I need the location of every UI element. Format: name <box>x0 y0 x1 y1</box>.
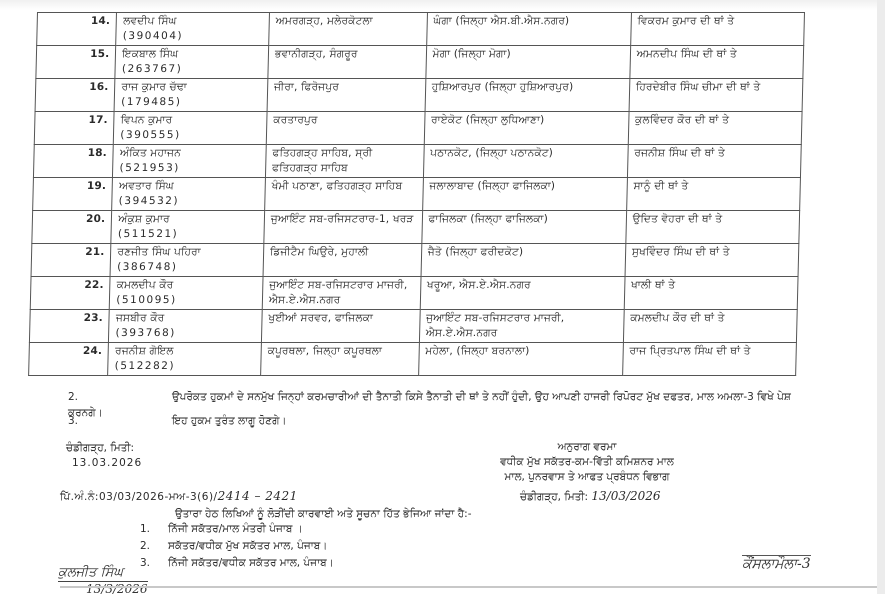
current-posting: ਕਪੂਰਥਲਾ, ਜਿਲ੍ਹਾ ਕਪੂਰਥਲਾ <box>261 343 420 376</box>
vacancy-text: ਕੁਲਵਿੰਦਰ ਕੌਰ ਦੀ ਥਾਂ ਤੇ <box>635 114 729 126</box>
vacancy-against: ਰਜਨੀਸ਼ ਸਿੰਘ ਦੀ ਥਾਂ ਤੇ <box>627 145 801 178</box>
serial-text: 23. <box>84 312 103 324</box>
vacancy-text: ਖਾਲੀ ਥਾਂ ਤੇ <box>631 279 675 291</box>
vacancy-against: ਖਾਲੀ ਥਾਂ ਤੇ <box>624 277 798 310</box>
current-posting: ਜੁਆਇੰਟ ਸਬ-ਰਜਿਸਟਰਾਰ ਮਾਜਰੀ, ਐਸ.ਏ.ਐਸ.ਨਗਰ <box>262 277 421 310</box>
endorsement-date: ਚੰਡੀਗੜ੍ਹ, ਮਿਤੀ: 13/03/2026 <box>520 488 661 505</box>
new-posting-text: ਘੰਗਾ (ਜਿਲ੍ਹਾ ਐਸ.ਬੀ.ਐਸ.ਨਗਰ) <box>433 15 569 27</box>
serial-text: 16. <box>89 81 108 93</box>
employee-cell: ਕਮਲਦੀਪ ਕੌਰ(510095) <box>110 277 263 310</box>
employee-name: ਰਾਜ ਕੁਮਾਰ ਚੱਢਾ <box>121 80 261 95</box>
current-posting: ਭਵਾਨੀਗੜ੍ਹ, ਸੰਗਰੂਰ <box>268 46 427 79</box>
serial-number: 18. <box>33 145 113 178</box>
table-row: 24.ਰਜਨੀਸ਼ ਗੋਇਲ(512282)ਕਪੂਰਥਲਾ, ਜਿਲ੍ਹਾ ਕਪ… <box>29 343 797 376</box>
serial-text: 20. <box>86 213 105 225</box>
employee-id: (390555) <box>120 128 260 143</box>
serial-number: 22. <box>30 277 110 310</box>
employee-id: (510095) <box>116 293 256 308</box>
current-posting-text: ਫਤਿਹਗੜ੍ਹ ਸਾਹਿਬ, ਸ੍ਰੀ ਫਤਿਹਗੜ੍ਹ ਸਾਹਿਬ <box>272 147 373 174</box>
vacancy-text: ਸਾਨੂੰ ਦੀ ਥਾਂ ਤੇ <box>633 180 688 192</box>
current-posting: ਕਰਤਾਰਪੁਰ <box>266 112 425 145</box>
current-posting-text: ਜੁਆਇੰਟ ਸਬ-ਰਜਿਸਟਰਾਰ ਮਾਜਰੀ, ਐਸ.ਏ.ਐਸ.ਨਗਰ <box>269 279 408 306</box>
new-posting-text: ਮੋਗਾ (ਜਿਲ੍ਹਾ ਮੋਗਾ) <box>432 48 511 60</box>
signatory-designation: ਵਧੀਕ ਮੁੱਖ ਸਕੱਤਰ-ਕਮ-ਵਿੱਤੀ ਕਮਿਸ਼ਨਰ ਮਾਲ <box>432 455 742 470</box>
endorsement-ref: ਪਿੱ.ਅੰ.ਨੰ:03/03/2026-ਮਅ-3(6)/2414 – 2421 <box>60 488 298 505</box>
employee-id: (393768) <box>115 326 255 341</box>
recipient-item: 3.ਨਿੱਜੀ ਸਕੱਤਰ/ਵਧੀਕ ਸਕੱਤਰ ਮਾਲ, ਪੰਜਾਬ। <box>140 555 334 572</box>
vacancy-against: ਹਿਰਦੇਬੀਰ ਸਿੰਘ ਚੀਮਾ ਦੀ ਥਾਂ ਤੇ <box>629 79 803 112</box>
vacancy-against: ਸਾਨੂੰ ਦੀ ਥਾਂ ਤੇ <box>626 178 800 211</box>
ref-handwritten: 2414 – 2421 <box>218 489 298 503</box>
vacancy-text: ਸੁਖਵਿੰਦਰ ਸਿੰਘ ਦੀ ਥਾਂ ਤੇ <box>632 246 730 258</box>
current-posting: ਅਮਰਗੜ੍ਹ, ਮਲੇਰਕੋਟਲਾ <box>269 13 428 46</box>
serial-text: 24. <box>83 345 102 357</box>
paragraph-text: ਇਹ ਹੁਕਮ ਤੁਰੰਤ ਲਾਗੂ ਹੋਣਗੇ। <box>172 415 286 427</box>
table-row: 22.ਕਮਲਦੀਪ ਕੌਰ(510095)ਜੁਆਇੰਟ ਸਬ-ਰਜਿਸਟਰਾਰ … <box>30 277 798 310</box>
vacancy-text: ਰਜਨੀਸ਼ ਸਿੰਘ ਦੀ ਥਾਂ ਤੇ <box>634 147 725 159</box>
current-posting-text: ਕਰਤਾਰਪੁਰ <box>273 114 318 126</box>
serial-text: 22. <box>84 279 103 291</box>
employee-id: (512282) <box>115 359 255 374</box>
paragraph-number: 3. <box>68 413 172 429</box>
employee-name: ਵਿਪਨ ਕੁਮਾਰ <box>121 113 261 128</box>
employee-id: (263767) <box>122 62 262 77</box>
new-posting-text: ਹੁਸ਼ਿਆਰਪੁਰ (ਜਿਲ੍ਹਾ ਹੁਸ਼ਿਆਰਪੁਰ) <box>432 81 574 93</box>
new-posting: ਜਲਾਲਾਬਾਦ (ਜਿਲ੍ਹਾ ਫਾਜਿਲਕਾ) <box>422 178 627 211</box>
employee-id: (179485) <box>121 95 261 110</box>
new-posting-text: ਫਾਜਿਲਕਾ (ਜਿਲ੍ਹਾ ਫਾਜਿਲਕਾ) <box>428 213 548 225</box>
serial-text: 15. <box>90 48 109 60</box>
employee-cell: ਰਜਨੀਸ਼ ਗੋਇਲ(512282) <box>108 343 261 376</box>
current-posting-text: ਅਮਰਗੜ੍ਹ, ਮਲੇਰਕੋਟਲਾ <box>276 15 373 27</box>
new-posting: ਹੁਸ਼ਿਆਰਪੁਰ (ਜਿਲ੍ਹਾ ਹੁਸ਼ਿਆਰਪੁਰ) <box>425 79 630 112</box>
paragraph-number: 2. <box>68 389 172 405</box>
employee-name: ਅਵਤਾਰ ਸਿੰਘ <box>119 179 259 194</box>
serial-text: 18. <box>88 147 107 159</box>
employee-id: (521953) <box>119 161 259 176</box>
new-posting: ਪਠਾਨਕੋਟ, (ਜਿਲ੍ਹਾ ਪਠਾਨਕੋਟ) <box>423 145 628 178</box>
table-row: 16.ਰਾਜ ਕੁਮਾਰ ਚੱਢਾ(179485)ਜੀਰਾ, ਫਿਰੋਜਪੁਰਹ… <box>35 79 803 112</box>
serial-text: 21. <box>85 246 104 258</box>
initials-date: 13/3/2026 <box>58 582 148 594</box>
new-posting: ਰਾਏਕੋਟ (ਜਿਲ੍ਹਾ ਲੁਧਿਆਣਾ) <box>424 112 629 145</box>
vacancy-text: ਰਾਜ ਪ੍ਰਿਤਪਾਲ ਸਿੰਘ ਦੀ ਥਾਂ ਤੇ <box>629 345 750 357</box>
vacancy-against: ਉਦਿਤ ਵੋਹਰਾ ਦੀ ਥਾਂ ਤੇ <box>626 211 800 244</box>
serial-text: 17. <box>88 114 107 126</box>
employee-id: (390404) <box>123 29 263 44</box>
vacancy-text: ਅਮਨਦੀਪ ਸਿੰਘ ਦੀ ਥਾਂ ਤੇ <box>637 48 737 60</box>
table-row: 15.ਇਕਬਾਲ ਸਿੰਘ(263767)ਭਵਾਨੀਗੜ੍ਹ, ਸੰਗਰੂਰਮੋ… <box>36 46 804 79</box>
employee-cell: ਜਸਬੀਰ ਕੌਰ(393768) <box>109 310 262 343</box>
vacancy-against: ਰਾਜ ਪ੍ਰਿਤਪਾਲ ਸਿੰਘ ਦੀ ਥਾਂ ਤੇ <box>622 343 796 376</box>
recipient-text: ਨਿੱਜੀ ਸਕੱਤਰ/ਵਧੀਕ ਸਕੱਤਰ ਮਾਲ, ਪੰਜਾਬ। <box>168 557 334 569</box>
current-posting-text: ਖੁਈਆਂ ਸਰਵਰ, ਫਾਜਿਲਕਾ <box>268 312 373 324</box>
serial-text: 19. <box>87 180 106 192</box>
new-posting: ਮਹੇਲਾ, (ਜਿਲ੍ਹਾ ਬਰਨਾਲਾ) <box>418 343 623 376</box>
copy-intro: ਉਤਾਰਾ ਹੇਠ ਲਿਖਿਆਂ ਨੂੰ ਲੋੜੀਂਦੀ ਕਾਰਵਾਈ ਅਤੇ … <box>175 506 472 522</box>
serial-text: 14. <box>91 15 110 27</box>
current-posting: ਖੁਈਆਂ ਸਰਵਰ, ਫਾਜਿਲਕਾ <box>261 310 420 343</box>
vacancy-text: ਵਿਕਰਮ ਕੁਮਾਰ ਦੀ ਥਾਂ ਤੇ <box>637 15 734 27</box>
new-posting: ਮੋਗਾ (ਜਿਲ੍ਹਾ ਮੋਗਾ) <box>426 46 631 79</box>
new-posting-text: ਜੁਆਇੰਟ ਸਬ-ਰਜਿਸਟਰਾਰ ਮਾਜਰੀ, ਐਸ.ਏ.ਐਸ.ਨਗਰ <box>426 312 565 339</box>
transfer-table: 14.ਲਵਦੀਪ ਸਿੰਘ(390404)ਅਮਰਗੜ੍ਹ, ਮਲੇਰਕੋਟਲਾਘ… <box>28 12 805 376</box>
table-row: 20.ਅੰਕੁਸ਼ ਕੁਮਾਰ(511521)ਜੁਆਇੰਟ ਸਬ-ਰਜਿਸਟਰਾ… <box>32 211 800 244</box>
new-posting: ਘੰਗਾ (ਜਿਲ੍ਹਾ ਐਸ.ਬੀ.ਐਸ.ਨਗਰ) <box>426 13 631 46</box>
vacancy-against: ਅਮਨਦੀਪ ਸਿੰਘ ਦੀ ਥਾਂ ਤੇ <box>630 46 804 79</box>
signature-block: ਅਨੁਰਾਗ ਵਰਮਾ ਵਧੀਕ ਮੁੱਖ ਸਕੱਤਰ-ਕਮ-ਵਿੱਤੀ ਕਮਿ… <box>432 440 742 485</box>
employee-name: ਕਮਲਦੀਪ ਕੌਰ <box>117 278 257 293</box>
current-posting: ਫਤਿਹਗੜ੍ਹ ਸਾਹਿਬ, ਸ੍ਰੀ ਫਤਿਹਗੜ੍ਹ ਸਾਹਿਬ <box>265 145 424 178</box>
paragraph-3: 3.ਇਹ ਹੁਕਮ ਤੁਰੰਤ ਲਾਗੂ ਹੋਣਗੇ। <box>68 413 286 429</box>
serial-number: 24. <box>29 343 109 376</box>
serial-number: 17. <box>34 112 114 145</box>
signatory-name: ਅਨੁਰਾਗ ਵਰਮਾ <box>432 440 742 455</box>
recipient-number: 2. <box>140 538 168 555</box>
scan-right-edge <box>877 0 885 594</box>
recipient-item: 1.ਨਿੱਜੀ ਸਕੱਤਰ/ਮਾਲ ਮੰਤਰੀ ਪੰਜਾਬ । <box>140 521 334 538</box>
current-posting: ਜੁਆਇੰਟ ਸਬ-ਰਜਿਸਟਰਾਰ-1, ਖਰੜ <box>264 211 423 244</box>
employee-name: ਅੰਕੁਸ਼ ਕੁਮਾਰ <box>118 212 258 227</box>
vacancy-against: ਕਮਲਦੀਪ ਕੌਰ ਦੀ ਥਾਂ ਤੇ <box>623 310 797 343</box>
current-posting-text: ਡਿਜੀਟੈਮ ਘਿਉਰੇ, ਮੁਹਾਲੀ <box>270 246 369 258</box>
table-row: 23.ਜਸਬੀਰ ਕੌਰ(393768)ਖੁਈਆਂ ਸਰਵਰ, ਫਾਜਿਲਕਾਜ… <box>29 310 797 343</box>
new-posting-text: ਰਾਏਕੋਟ (ਜਿਲ੍ਹਾ ਲੁਧਿਆਣਾ) <box>431 114 545 126</box>
ref-number: ਪਿੱ.ਅੰ.ਨੰ:03/03/2026-ਮਅ-3(6)/ <box>60 491 218 503</box>
employee-name: ਅੰਕਿਤ ਮਹਾਜਨ <box>120 146 260 161</box>
recipient-text: ਸਕੱਤਰ/ਵਧੀਕ ਮੁੱਖ ਸਕੱਤਰ ਮਾਲ, ਪੰਜਾਬ। <box>168 540 327 552</box>
handwritten-office-mark: ਕੌਂਸਲਾਮੌਲਾ-3 <box>742 555 811 572</box>
new-posting-text: ਜੈਤੋ (ਜਿਲ੍ਹਾ ਫਰੀਦਕੋਟ) <box>428 246 524 258</box>
serial-number: 15. <box>36 46 116 79</box>
employee-cell: ਲਵਦੀਪ ਸਿੰਘ(390404) <box>116 13 269 46</box>
employee-id: (511521) <box>118 227 258 242</box>
employee-cell: ਵਿਪਨ ਕੁਮਾਰ(390555) <box>114 112 267 145</box>
employee-name: ਰਜਨੀਸ਼ ਗੋਇਲ <box>115 344 255 359</box>
new-posting-text: ਮਹੇਲਾ, (ਜਿਲ੍ਹਾ ਬਰਨਾਲਾ) <box>425 345 529 357</box>
table-row: 18.ਅੰਕਿਤ ਮਹਾਜਨ(521953)ਫਤਿਹਗੜ੍ਹ ਸਾਹਿਬ, ਸ੍… <box>33 145 801 178</box>
serial-number: 21. <box>31 244 111 277</box>
new-posting-text: ਖਰੂਆ, ਐਸ.ਏ.ਐਸ.ਨਗਰ <box>427 279 531 291</box>
vacancy-against: ਕੁਲਵਿੰਦਰ ਕੌਰ ਦੀ ਥਾਂ ਤੇ <box>628 112 802 145</box>
vacancy-text: ਹਿਰਦੇਬੀਰ ਸਿੰਘ ਚੀਮਾ ਦੀ ਥਾਂ ਤੇ <box>636 81 761 93</box>
new-posting: ਜੈਤੋ (ਜਿਲ੍ਹਾ ਫਰੀਦਕੋਟ) <box>421 244 626 277</box>
employee-cell: ਇਕਬਾਲ ਸਿੰਘ(263767) <box>115 46 268 79</box>
employee-cell: ਰਾਜ ਕੁਮਾਰ ਚੱਢਾ(179485) <box>114 79 267 112</box>
serial-number: 19. <box>33 178 113 211</box>
current-posting: ਜੀਰਾ, ਫਿਰੋਜਪੁਰ <box>267 79 426 112</box>
vacancy-text: ਕਮਲਦੀਪ ਕੌਰ ਦੀ ਥਾਂ ਤੇ <box>630 312 725 324</box>
serial-number: 20. <box>32 211 112 244</box>
current-posting-text: ਜੀਰਾ, ਫਿਰੋਜਪੁਰ <box>274 81 339 93</box>
current-posting-text: ਕਪੂਰਥਲਾ, ਜਿਲ੍ਹਾ ਕਪੂਰਥਲਾ <box>268 345 383 357</box>
recipient-text: ਨਿੱਜੀ ਸਕੱਤਰ/ਮਾਲ ਮੰਤਰੀ ਪੰਜਾਬ । <box>168 523 303 535</box>
document-page: 14.ਲਵਦੀਪ ਸਿੰਘ(390404)ਅਮਰਗੜ੍ਹ, ਮਲੇਰਕੋਟਲਾਘ… <box>0 0 877 594</box>
issue-place: ਚੰਡੀਗੜ੍ਹ, ਮਿਤੀ: <box>66 440 134 456</box>
signatory-department: ਮਾਲ, ਪੁਨਰਵਾਸ ਤੇ ਆਫਤ ਪ੍ਰਬੰਧਨ ਵਿਭਾਗ <box>432 470 742 485</box>
employee-cell: ਰਣਜੀਤ ਸਿੰਘ ਪਹਿਰਾ(386748) <box>110 244 263 277</box>
new-posting-text: ਜਲਾਲਾਬਾਦ (ਜਿਲ੍ਹਾ ਫਾਜਿਲਕਾ) <box>429 180 555 192</box>
recipient-item: 2.ਸਕੱਤਰ/ਵਧੀਕ ਮੁੱਖ ਸਕੱਤਰ ਮਾਲ, ਪੰਜਾਬ। <box>140 538 334 555</box>
serial-number: 14. <box>37 13 117 46</box>
endorsement-place: ਚੰਡੀਗੜ੍ਹ, ਮਿਤੀ: <box>520 491 588 503</box>
vacancy-against: ਸੁਖਵਿੰਦਰ ਸਿੰਘ ਦੀ ਥਾਂ ਤੇ <box>625 244 799 277</box>
current-posting-text: ਖੰਮੀ ਪਠਾਣਾ, ਫਤਿਹਗੜ੍ਹ ਸਾਹਿਬ <box>272 180 403 192</box>
new-posting-text: ਪਠਾਨਕੋਟ, (ਜਿਲ੍ਹਾ ਪਠਾਨਕੋਟ) <box>430 147 553 159</box>
employee-name: ਇਕਬਾਲ ਸਿੰਘ <box>122 47 262 62</box>
new-posting: ਜੁਆਇੰਟ ਸਬ-ਰਜਿਸਟਰਾਰ ਮਾਜਰੀ, ਐਸ.ਏ.ਐਸ.ਨਗਰ <box>419 310 624 343</box>
recipient-list: 1.ਨਿੱਜੀ ਸਕੱਤਰ/ਮਾਲ ਮੰਤਰੀ ਪੰਜਾਬ ।2.ਸਕੱਤਰ/ਵ… <box>140 521 334 572</box>
handwritten-initials: ਕੁਲਜੀਤ ਸਿੰਘ 13/3/2026 <box>58 566 148 594</box>
employee-id: (394532) <box>119 194 259 209</box>
employee-name: ਲਵਦੀਪ ਸਿੰਘ <box>123 14 263 29</box>
table-row: 14.ਲਵਦੀਪ ਸਿੰਘ(390404)ਅਮਰਗੜ੍ਹ, ਮਲੇਰਕੋਟਲਾਘ… <box>37 13 805 46</box>
vacancy-text: ਉਦਿਤ ਵੋਹਰਾ ਦੀ ਥਾਂ ਤੇ <box>633 213 723 225</box>
scan-top-shadow <box>0 0 877 10</box>
page-bottom-edge <box>60 586 877 588</box>
employee-cell: ਅੰਕੁਸ਼ ਕੁਮਾਰ(511521) <box>111 211 264 244</box>
vacancy-against: ਵਿਕਰਮ ਕੁਮਾਰ ਦੀ ਥਾਂ ਤੇ <box>630 13 804 46</box>
initials-signature: ਕੁਲਜੀਤ ਸਿੰਘ <box>58 566 148 582</box>
serial-number: 16. <box>35 79 115 112</box>
employee-cell: ਅਵਤਾਰ ਸਿੰਘ(394532) <box>112 178 265 211</box>
current-posting-text: ਜੁਆਇੰਟ ਸਬ-ਰਜਿਸਟਰਾਰ-1, ਖਰੜ <box>271 213 414 225</box>
current-posting: ਡਿਜੀਟੈਮ ਘਿਉਰੇ, ਮੁਹਾਲੀ <box>263 244 422 277</box>
table-row: 19.ਅਵਤਾਰ ਸਿੰਘ(394532)ਖੰਮੀ ਪਠਾਣਾ, ਫਤਿਹਗੜ੍… <box>33 178 801 211</box>
new-posting: ਖਰੂਆ, ਐਸ.ਏ.ਐਸ.ਨਗਰ <box>420 277 625 310</box>
employee-name: ਰਣਜੀਤ ਸਿੰਘ ਪਹਿਰਾ <box>117 245 257 260</box>
employee-name: ਜਸਬੀਰ ਕੌਰ <box>116 311 256 326</box>
recipient-number: 1. <box>140 521 168 538</box>
issue-date: 13.03.2026 <box>72 455 142 471</box>
serial-number: 23. <box>29 310 109 343</box>
table-row: 17.ਵਿਪਨ ਕੁਮਾਰ(390555)ਕਰਤਾਰਪੁਰਰਾਏਕੋਟ (ਜਿਲ… <box>34 112 802 145</box>
endorsement-date-handwritten: 13/03/2026 <box>591 489 660 503</box>
employee-id: (386748) <box>117 260 257 275</box>
current-posting: ਖੰਮੀ ਪਠਾਣਾ, ਫਤਿਹਗੜ੍ਹ ਸਾਹਿਬ <box>265 178 424 211</box>
table-row: 21.ਰਣਜੀਤ ਸਿੰਘ ਪਹਿਰਾ(386748)ਡਿਜੀਟੈਮ ਘਿਉਰੇ… <box>31 244 799 277</box>
current-posting-text: ਭਵਾਨੀਗੜ੍ਹ, ਸੰਗਰੂਰ <box>275 48 358 60</box>
new-posting: ਫਾਜਿਲਕਾ (ਜਿਲ੍ਹਾ ਫਾਜਿਲਕਾ) <box>421 211 626 244</box>
employee-cell: ਅੰਕਿਤ ਮਹਾਜਨ(521953) <box>113 145 266 178</box>
